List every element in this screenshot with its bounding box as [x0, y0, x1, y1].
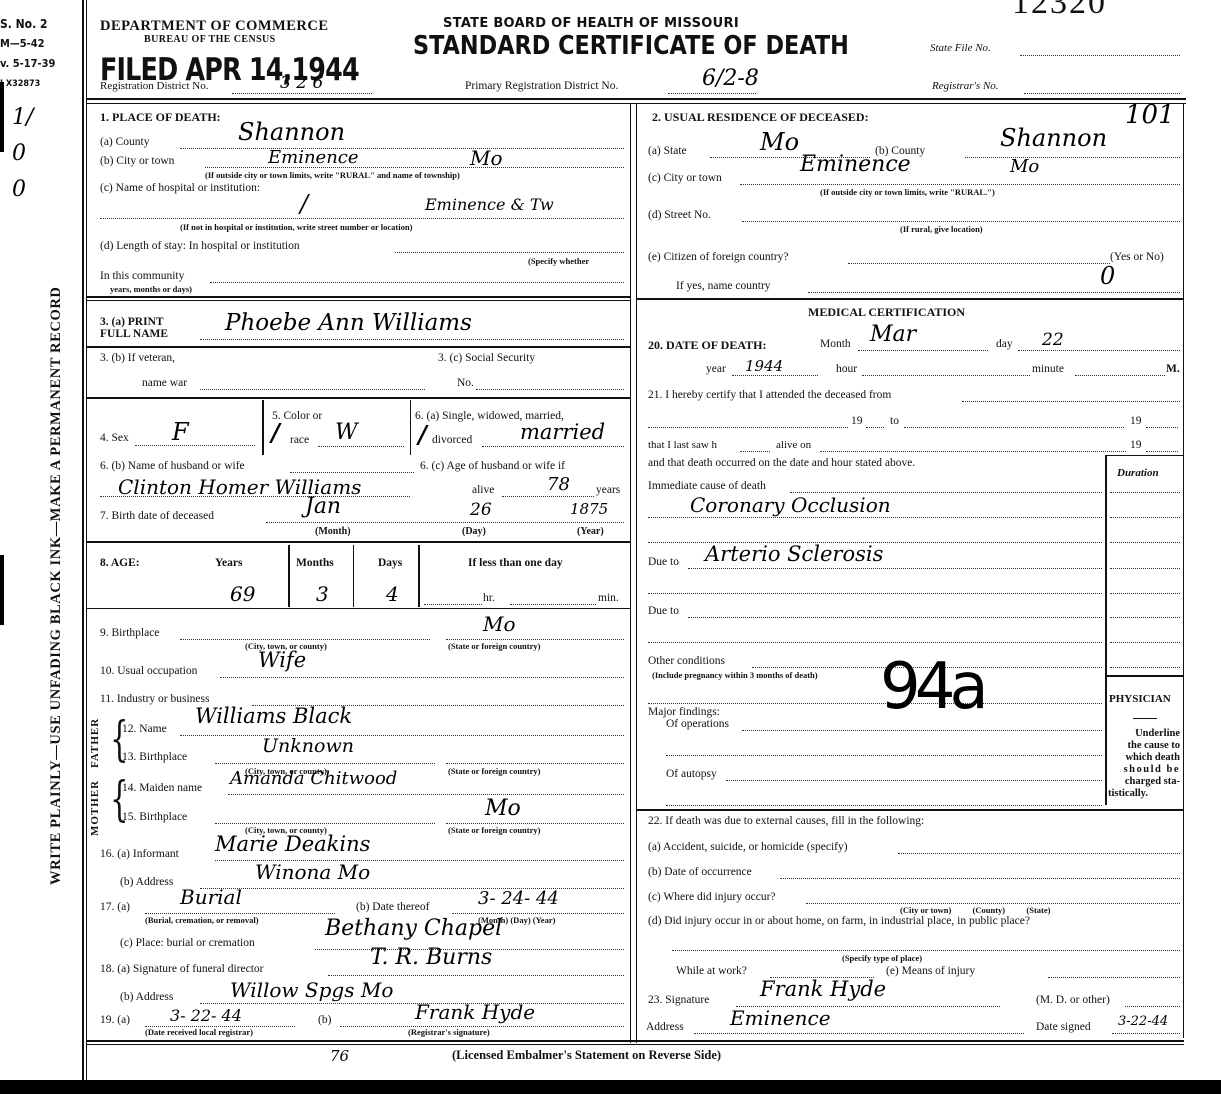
registrar-num: 19. (a) [100, 1014, 130, 1026]
last-saw-label: that I last saw h [648, 439, 717, 451]
city-note: (If outside city or town limits, write "… [205, 170, 460, 180]
column-divider-2 [636, 103, 637, 1043]
father-birth-value: Unknown [262, 735, 354, 757]
occurred-label: and that death occurred on the date and … [648, 457, 915, 469]
registrar-b-label: (b) [318, 1014, 331, 1026]
burial-place-value: Bethany Chapel [325, 916, 502, 941]
residence-heading: 2. USUAL RESIDENCE OF DECEASED: [652, 110, 869, 125]
res-citizen-label: (e) Citizen of foreign country? [648, 251, 789, 263]
ss-no-label: No. [457, 377, 474, 389]
sex-label: 4. Sex [100, 432, 129, 444]
scan-artifact-bar [0, 555, 4, 625]
sex-value: F [172, 418, 189, 446]
father-name-value: Williams Black [195, 704, 352, 728]
name-label: 3. (a) PRINT FULL NAME [100, 316, 168, 340]
birth-date-label: 7. Birth date of deceased [100, 510, 214, 522]
father-birth-label: 13. Birthplace [122, 751, 187, 763]
birth-year-note: (Year) [577, 526, 604, 537]
occupation-value: Wife [258, 648, 306, 672]
bureau: BUREAU OF THE CENSUS [144, 34, 276, 45]
age-years-value: 69 [230, 582, 255, 606]
frame-left-inner [86, 0, 87, 1080]
race-mark: / [271, 418, 280, 447]
place-of-death-heading: 1. PLACE OF DEATH: [100, 110, 221, 125]
mother-birth-label: 15. Birthplace [122, 811, 187, 823]
birth-day-value: 26 [470, 500, 492, 520]
registrar-date-note: (Date received local registrar) [145, 1027, 253, 1037]
death-day-value: 22 [1042, 330, 1064, 350]
city-value: Eminence [268, 147, 359, 168]
form-codes: S. No. 2 M—5-42 v. 5-17-39 I X32873 [0, 14, 55, 94]
hospital-label: (c) Name of hospital or institution: [100, 182, 260, 194]
death-year-label: year [706, 363, 726, 375]
registration-district-value: 3 2 6 [280, 73, 323, 93]
registrar-signature-value: Frank Hyde [415, 1000, 535, 1024]
birthplace-label: 9. Birthplace [100, 627, 159, 639]
father-name-label: 12. Name [122, 723, 167, 735]
primary-district-label: Primary Registration District No. [465, 80, 618, 92]
scan-artifact-bar [0, 82, 4, 152]
duration-label: Duration [1117, 467, 1159, 479]
certify-label: 21. I hereby certify that I attended the… [648, 389, 891, 401]
hospital-note: (If not in hospital or institution, writ… [180, 222, 412, 232]
form-code: v. 5-17-39 [0, 54, 55, 74]
community-label: In this community [100, 270, 184, 282]
date-signed-label: Date signed [1036, 1021, 1091, 1033]
footer-note: (Licensed Embalmer's Statement on Revers… [452, 1048, 721, 1063]
age-label: 8. AGE: [100, 557, 140, 569]
due1-value: Arterio Sclerosis [705, 542, 883, 566]
mother-birth-value: Mo [485, 796, 521, 821]
res-city-label: (c) City or town [648, 172, 722, 184]
age-months-label: Months [296, 557, 334, 569]
res-state-value: Mo [760, 128, 799, 156]
informant-label: 16. (a) Informant [100, 848, 179, 860]
death-minute-label: minute [1032, 363, 1064, 375]
burial-date-label: (b) Date thereof [356, 901, 429, 913]
external-c-note: (City or town) (County) (State) [900, 905, 1050, 915]
mother-maiden-value: Amanda Chitwood [230, 768, 397, 789]
age-hr-label: hr. [483, 592, 495, 604]
external-c-label: (c) Where did injury occur? [648, 891, 776, 903]
frame-left [82, 0, 84, 1080]
spouse-age-label: 6. (c) Age of husband or wife if [420, 460, 565, 472]
occupation-label: 10. Usual occupation [100, 665, 197, 677]
death-m-label: M. [1166, 363, 1180, 375]
certify-19-a: 19 [851, 415, 863, 427]
last-saw-19: 19 [1130, 439, 1142, 451]
age-days-label: Days [378, 557, 402, 569]
industry-label: 11. Industry or business [100, 693, 209, 705]
state-file-label: State File No. [930, 42, 991, 54]
spouse-alive-label: alive [472, 484, 494, 496]
registrar-no-label: Registrar's No. [932, 80, 999, 92]
informant-address-label: (b) Address [120, 876, 173, 888]
city-state-value: Mo [470, 146, 503, 170]
funeral-value: T. R. Burns [370, 945, 492, 970]
address-label: Address [646, 1021, 684, 1033]
res-street-note: (If rural, give location) [900, 224, 983, 234]
external-a-label: (a) Accident, suicide, or homicide (spec… [648, 841, 848, 853]
hospital-value: Eminence & Tw [425, 195, 554, 214]
stamp-94a: 94a [880, 650, 983, 724]
other-note: (Include pregnancy within 3 months of de… [652, 670, 818, 680]
scan-border-bottom [0, 1080, 1221, 1094]
funeral-label: 18. (a) Signature of funeral director [100, 963, 264, 975]
other-label: Other conditions [648, 655, 725, 667]
findings-label: Major findings: [648, 706, 720, 718]
full-name-value: Phoebe Ann Williams [225, 310, 472, 336]
signature-value: Frank Hyde [760, 977, 886, 1001]
county-label: (a) County [100, 136, 150, 148]
funeral-address-value: Willow Spgs Mo [230, 978, 393, 1002]
birth-month-note: (Month) [315, 526, 351, 537]
state-board: STATE BOARD OF HEALTH OF MISSOURI [443, 16, 739, 31]
res-city-state: Mo [1010, 156, 1039, 177]
marital-value: married [520, 420, 605, 444]
registration-district-label: Registration District No. [100, 80, 208, 92]
residence-mark: 101 [1125, 100, 1175, 130]
res-citizen-note: (Yes or No) [1110, 251, 1164, 263]
city-label: (b) City or town [100, 155, 174, 167]
date-signed-value: 3-22-44 [1118, 1014, 1168, 1029]
birthplace-value: Mo [483, 612, 516, 636]
burial-num: 17. (a) [100, 901, 130, 913]
address-value: Eminence [730, 1006, 831, 1030]
registrar-date-value: 3- 22- 44 [170, 1006, 242, 1025]
external-heading: 22. If death was due to external causes,… [648, 815, 924, 827]
due2-label: Due to [648, 605, 679, 617]
father-label: FATHER [89, 718, 101, 768]
community-note: years, months or days) [110, 284, 192, 294]
res-country-label: If yes, name country [676, 280, 771, 292]
death-month-label: Month [820, 338, 851, 350]
md-label: (M. D. or other) [1036, 994, 1110, 1006]
external-d-label: (d) Did injury occur in or about home, o… [648, 915, 1030, 927]
race-value: W [335, 420, 358, 445]
death-year-value: 1944 [745, 357, 783, 375]
res-county-value: Shannon [1000, 124, 1107, 152]
burial-place-label: (c) Place: burial or cremation [120, 937, 255, 949]
res-state-label: (a) State [648, 145, 687, 157]
alive-on-label: alive on [776, 439, 811, 451]
form-code: M—5-42 [0, 34, 55, 54]
certify-to-label: to [890, 415, 899, 427]
spouse-label: 6. (b) Name of husband or wife [100, 460, 245, 472]
hospital-mark: / [300, 190, 308, 218]
death-day-label: day [996, 338, 1013, 350]
war-label: name war [142, 377, 187, 389]
age-less-label: If less than one day [468, 557, 563, 569]
birth-month-value: Jan [305, 494, 341, 519]
age-days-value: 4 [386, 582, 399, 606]
birth-year-value: 1875 [570, 500, 608, 518]
frame-right [1183, 103, 1184, 1038]
death-hour-label: hour [836, 363, 857, 375]
res-street-label: (d) Street No. [648, 209, 711, 221]
birth-day-note: (Day) [462, 526, 486, 537]
race-label-bottom: race [290, 434, 309, 446]
death-date-label: 20. DATE OF DEATH: [648, 338, 766, 353]
father-state-note: (State or foreign country) [448, 766, 540, 776]
column-divider [630, 103, 631, 1043]
ss-label: 3. (c) Social Security [438, 352, 535, 364]
informant-address-value: Winona Mo [255, 860, 370, 884]
age-years-label: Years [215, 557, 242, 569]
birthplace-state-note: (State or foreign country) [448, 641, 540, 651]
work-label: While at work? [676, 965, 747, 977]
funeral-address-label: (b) Address [120, 991, 173, 1003]
immediate-value: Coronary Occlusion [690, 493, 891, 517]
physician-label: PHYSICIAN [1109, 693, 1171, 705]
means-label: (e) Means of injury [886, 965, 975, 977]
department: DEPARTMENT OF COMMERCE [100, 18, 329, 35]
footer-mark: 76 [330, 1047, 349, 1065]
autopsy-label: Of autopsy [666, 768, 717, 780]
burial-date-value: 3- 24- 44 [478, 888, 559, 909]
informant-value: Marie Deakins [215, 832, 370, 856]
due1-label: Due to [648, 556, 679, 568]
res-city-note: (If outside city or town limits, write "… [820, 187, 995, 197]
stay-note: (Specify whether [528, 256, 589, 266]
margin-marks: 1/ 0 0 [12, 100, 33, 208]
external-d-note: (Specify type of place) [842, 953, 922, 963]
signature-label: 23. Signature [648, 994, 709, 1006]
age-min-label: min. [598, 592, 619, 604]
form-code: S. No. 2 [0, 14, 55, 34]
immediate-label: Immediate cause of death [648, 480, 766, 492]
primary-district-value: 6/2-8 [702, 66, 759, 91]
veteran-label: 3. (b) If veteran, [100, 352, 175, 364]
mother-maiden-label: 14. Maiden name [122, 782, 202, 794]
physician-dash [1133, 718, 1157, 719]
form-code: I X32873 [0, 74, 55, 94]
spouse-age-value: 78 [547, 474, 570, 495]
header-rule [86, 98, 1186, 100]
certify-19-b: 19 [1130, 415, 1142, 427]
marital-mark: / [418, 420, 427, 449]
mother-label: MOTHER [89, 780, 101, 836]
stay-label: (d) Length of stay: In hospital or insti… [100, 240, 300, 252]
external-b-label: (b) Date of occurrence [648, 866, 752, 878]
res-country-value: 0 [1100, 262, 1115, 290]
death-month-value: Mar [870, 322, 916, 347]
burial-value: Burial [180, 885, 242, 909]
res-city-value: Eminence [800, 152, 911, 177]
spouse-years-label: years [596, 484, 620, 496]
underline-note: Underline the cause to which death shoul… [1108, 728, 1180, 800]
marital-label-bottom: divorced [432, 434, 472, 446]
burial-note: (Burial, cremation, or removal) [145, 915, 259, 925]
registrar-signature-note: (Registrar's signature) [408, 1027, 490, 1037]
certificate-title: STANDARD CERTIFICATE OF DEATH [413, 31, 849, 61]
mother-state-note: (State or foreign country) [448, 825, 540, 835]
county-value: Shannon [238, 118, 345, 146]
certificate-number: 12320 [1012, 0, 1107, 22]
medical-heading: MEDICAL CERTIFICATION [808, 305, 965, 320]
age-months-value: 3 [316, 582, 329, 606]
vertical-notice: WRITE PLAINLY—USE UNFADING BLACK INK—MAK… [48, 287, 65, 885]
operations-label: Of operations [666, 718, 729, 730]
